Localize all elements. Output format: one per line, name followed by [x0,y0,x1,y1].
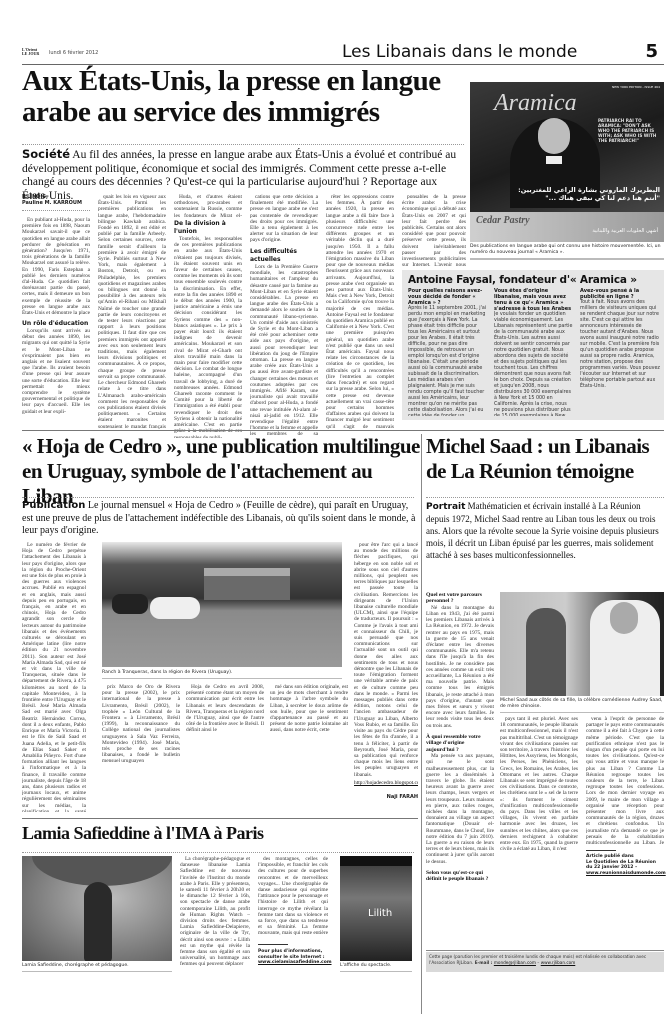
byline-divider [22,210,90,211]
footer-email-link[interactable]: monde@rjliban.com [494,960,536,965]
collar [546,156,562,164]
hoja-de-cedro-link[interactable]: http://hojadecedro.blogspot.com [354,780,418,788]
interview-title: Antoine Faysal, fondateur d'« Aramica » [408,274,658,286]
lamia-caption-rule [22,971,172,972]
subhead-difficultes-actuelles: Les difficultés actuelles [250,248,318,264]
lamia-caption: Lamia Safieddine, chorégraphe et pédagog… [22,963,172,969]
source-link[interactable]: www.reunionnaisdumonde.com [586,871,664,877]
info-rule [258,944,288,945]
issue-date: lundi 6 février 2012 [49,50,98,56]
question-3: Avez-vous pensé à la publicité en ligne … [580,288,660,300]
lamia-col-2-text: des montagnes, celles de l'impossible, e… [258,856,328,936]
uruguay-col-5-text: pour être l'arc qui a lancé au monde des… [354,542,418,780]
us-col-3-text: Huda, et d'autres étaient orthodoxes, pr… [174,194,242,218]
source-rule [586,850,616,851]
patriarch-face [538,118,570,154]
ad-name: Cedar Pastry [476,215,530,226]
ranch-photo [102,542,342,667]
rubric-societe: Société [22,147,70,161]
poster-header [340,856,412,866]
rubric-portrait: Portrait [426,502,465,512]
lamia-top-rule [22,818,418,819]
us-col-4: cations que cette décision a finalement … [250,194,318,430]
byline: Pauline M. KARROUM [22,200,90,206]
subhead-role-education: Un rôle d'éducation [22,320,90,328]
magazine-title: Aramica [494,90,577,117]
saad-col-2: pays tant il est pluriel. Avec ses 18 co… [500,716,578,882]
lamia-divider [22,852,414,853]
headline-us-press: Aux États-Unis, la presse en langue arab… [22,66,462,128]
us-col-4b-text: Lors de la Première Guerre mondiale, les… [250,264,318,436]
email-label: E-mail : [475,960,493,965]
uruguay-col-5: pour être l'arc qui a lancé au monde des… [354,542,418,812]
uruguay-col-2: prix Marco de Oro de Rivera pour la pres… [102,684,180,814]
us-col-4-text: cations que cette décision a finalement … [250,194,318,244]
daughter-figure [526,608,566,696]
question-village: À quoi ressemble votre village d'origine… [426,734,494,753]
lamia-photo [22,856,172,961]
poster-caption-rule [340,971,412,972]
column-separator [421,434,422,1014]
uruguay-col-1: Le numéro de février de Hoja de Cedro pe… [22,542,86,812]
us-col-1: ILLINOIS, Pauline M. KARROUM En publiant… [22,194,90,430]
cedar-pastry-ad: Cedar Pastry أشهى الحلويات العربية واللب… [470,212,664,242]
ranch-caption: Ranch à Tranqueras, dans la région de Ri… [102,670,342,676]
michel-saad-figure [590,600,660,696]
ranch-caption-rule [102,678,342,679]
lamia-col-2: des montagnes, celles de l'impossible, e… [258,856,328,974]
lede-hoja-de-cedro: Publication Le journal mensuel « Hoja de… [22,500,416,538]
poster-caption: L'affiche du spectacle. [340,963,412,969]
section-title: Les Libanais dans le monde [342,42,577,62]
uruguay-lede-divider [22,497,414,498]
uruguay-col-3: Hoja de Cedro en avril 2008, présenté co… [186,684,264,814]
saad-caption: Michel Saad aux côtés de sa fille, la cé… [500,698,664,709]
question-parcours: Quel est votre parcours personnel ? [426,592,494,605]
us-col-3: Huda, et d'autres étaient orthodoxes, pr… [174,194,242,430]
saad-caption-rule [500,712,664,713]
answer-1: Après le 11 septembre 2001, j'ai perdu m… [408,306,488,416]
headline-michel-saad: Michel Saad : un Libanais de La Réunion … [426,434,666,484]
footer-credits: Cette page (parution les premier et troi… [426,952,664,972]
us-col-2: quait les lois en vigueur aux États-Unis… [98,194,166,430]
saad-col-1: Quel est votre parcours personnel ? Né d… [426,592,494,882]
ranch-house [204,568,290,600]
question-peuple: Selon vous qu'est-ce qui définit le peup… [426,870,494,882]
dancer-figure [84,882,112,961]
saad-col-3: venu à l'esprit de personne de partager … [586,716,664,882]
footer-rule [426,950,664,951]
cover-banner: NEW YORK EDITION - ISSUE 464 [612,85,660,89]
page-number: 5 [645,41,658,62]
lamia-website-link[interactable]: www.cielamiasafieddine.com [258,960,328,966]
saad-col-3-text: venu à l'esprit de personne de partager … [586,716,664,846]
interview-box: Antoine Faysal, fondateur d'« Aramica » … [402,270,664,420]
lamia-col-1: La chorégraphe-pédagogue et danseuse lib… [180,856,250,974]
caption-rule [470,258,664,260]
masthead: L'Orient LE JOUR lundi 6 février 2012 Le… [22,42,664,62]
stage-disc [32,856,172,886]
lilith-poster: Lilith [340,856,412,961]
us-col-5: rêter les oppressions contre les femmes.… [326,194,394,430]
us-col-1-text: En publiant al-Huda, pour la première fo… [22,217,90,315]
saad-lede-divider [426,497,664,498]
answer-3: Tout à fait. Nous avons des milliers de … [580,300,660,390]
answer-2: Je voulais fonder un quotidien viable éc… [494,312,574,416]
saad-photo [500,592,664,696]
headline-lamia-safieddine: Lamia Safieddine à l'IMA à Paris [22,822,418,844]
interview-col-3: Avez-vous pensé à la publicité en ligne … [580,288,660,416]
interview-col-1: Pour quelles raisons avez-vous décidé de… [408,288,488,416]
footer-website-link[interactable]: www.rjliban.com [541,960,576,965]
rubric-publication: Publication [22,500,85,511]
michel-saad-face [610,602,638,634]
uruguay-col-4: mé dans son édition originale, est un je… [270,684,348,814]
subhead-division-union: De la division à l'union [174,220,242,236]
poster-title: Lilith [368,908,392,919]
question-2: Vous êtes d'origine libanaise, mais vous… [494,288,574,312]
cover-arabic-quote: البطريرك الماروني بشارة الراعي للمغتربين… [510,186,660,202]
us-col-3b-text: Toutefois, les responsables de ces premi… [174,236,242,438]
white-horse [150,597,200,619]
newspaper-logo: L'Orient LE JOUR [22,48,46,56]
us-col-6: ponsables de la presse écrite arabe: la … [402,194,466,268]
answer-village: Ma pensée va aux paysans, qui ne le sont… [426,753,494,865]
signature: Naji FARAH [354,794,418,800]
info-line-1: Pour plus d'informations, [258,949,328,955]
us-col-1b-text: Lorsqu'ils sont arrivés au début des ann… [22,328,90,443]
ad-arabic: أشهى الحلويات العربية واللبنانية [592,228,658,234]
interview-col-2: Vous êtes d'origine libanaise, mais vous… [494,288,574,416]
lede-michel-saad: Portrait Mathématicien et écrivain insta… [426,500,666,561]
dark-horse [112,594,148,614]
section-divider [22,430,664,431]
cover-headline: PATRIARCH RAI TO ARAMICA: "DON'T ASK WHO… [598,118,660,143]
lede-divider [22,144,464,145]
answer-parcours: Né dans la montagne du Liban en 1943, j'… [426,605,494,729]
aramica-caption: Des publications en langue arabe qui ont… [470,244,664,255]
question-1: Pour quelles raisons avez-vous décidé de… [408,288,488,306]
aramica-cover-photo: Aramica NEW YORK EDITION - ISSUE 464 PAT… [470,82,664,242]
